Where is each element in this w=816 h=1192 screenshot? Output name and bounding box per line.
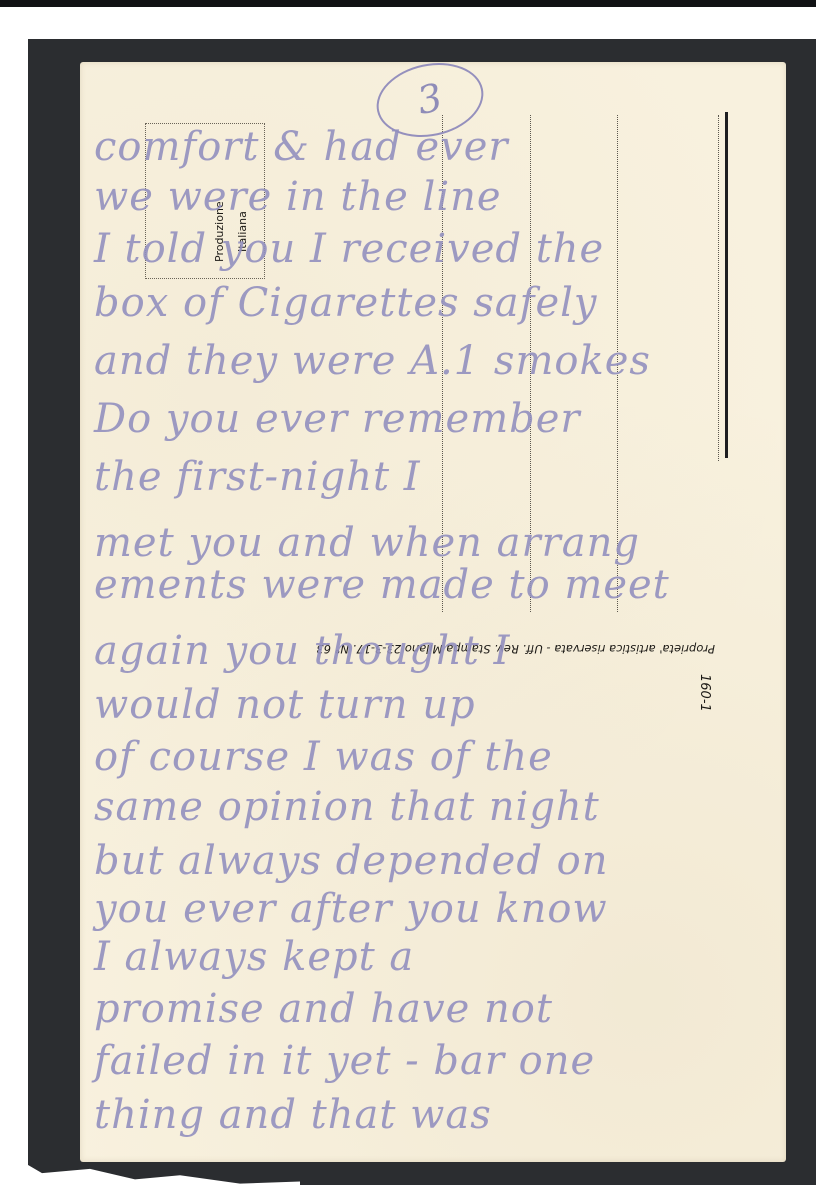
handwritten-line: of course I was of the <box>94 734 553 780</box>
handwritten-line: the first-night I <box>94 454 421 500</box>
handwritten-line: thing and that was <box>94 1092 492 1138</box>
card-serial-number: 160-1 <box>697 674 712 712</box>
handwritten-line: same opinion that night <box>94 784 600 830</box>
handwritten-line: we were in the line <box>94 174 502 220</box>
handwritten-line: met you and when arrang <box>94 520 640 566</box>
handwritten-line: box of Cigarettes safely <box>94 280 598 326</box>
handwritten-line: you ever after you know <box>94 886 608 932</box>
handwritten-line: ements were made to meet <box>94 562 670 608</box>
handwritten-line: Do you ever remember <box>94 396 581 442</box>
handwritten-line: failed in it yet - bar one <box>94 1038 595 1084</box>
handwritten-line: promise and have not <box>94 986 553 1032</box>
handwritten-line: I told you I received the <box>94 226 604 272</box>
scan-top-edge <box>0 0 816 7</box>
handwritten-line: again you thought I <box>94 628 510 674</box>
postcard-back: Produzione Italiana Proprieta' artistica… <box>80 62 786 1162</box>
handwritten-line: comfort & had ever <box>94 124 509 170</box>
center-divider-line <box>725 112 728 458</box>
handwritten-line: would not turn up <box>94 682 476 728</box>
handwritten-line: and they were A.1 smokes <box>94 338 651 384</box>
address-divider-dotted-4 <box>718 115 719 461</box>
handwritten-line: I always kept a <box>94 934 414 980</box>
handwritten-line: but always depended on <box>94 838 608 884</box>
